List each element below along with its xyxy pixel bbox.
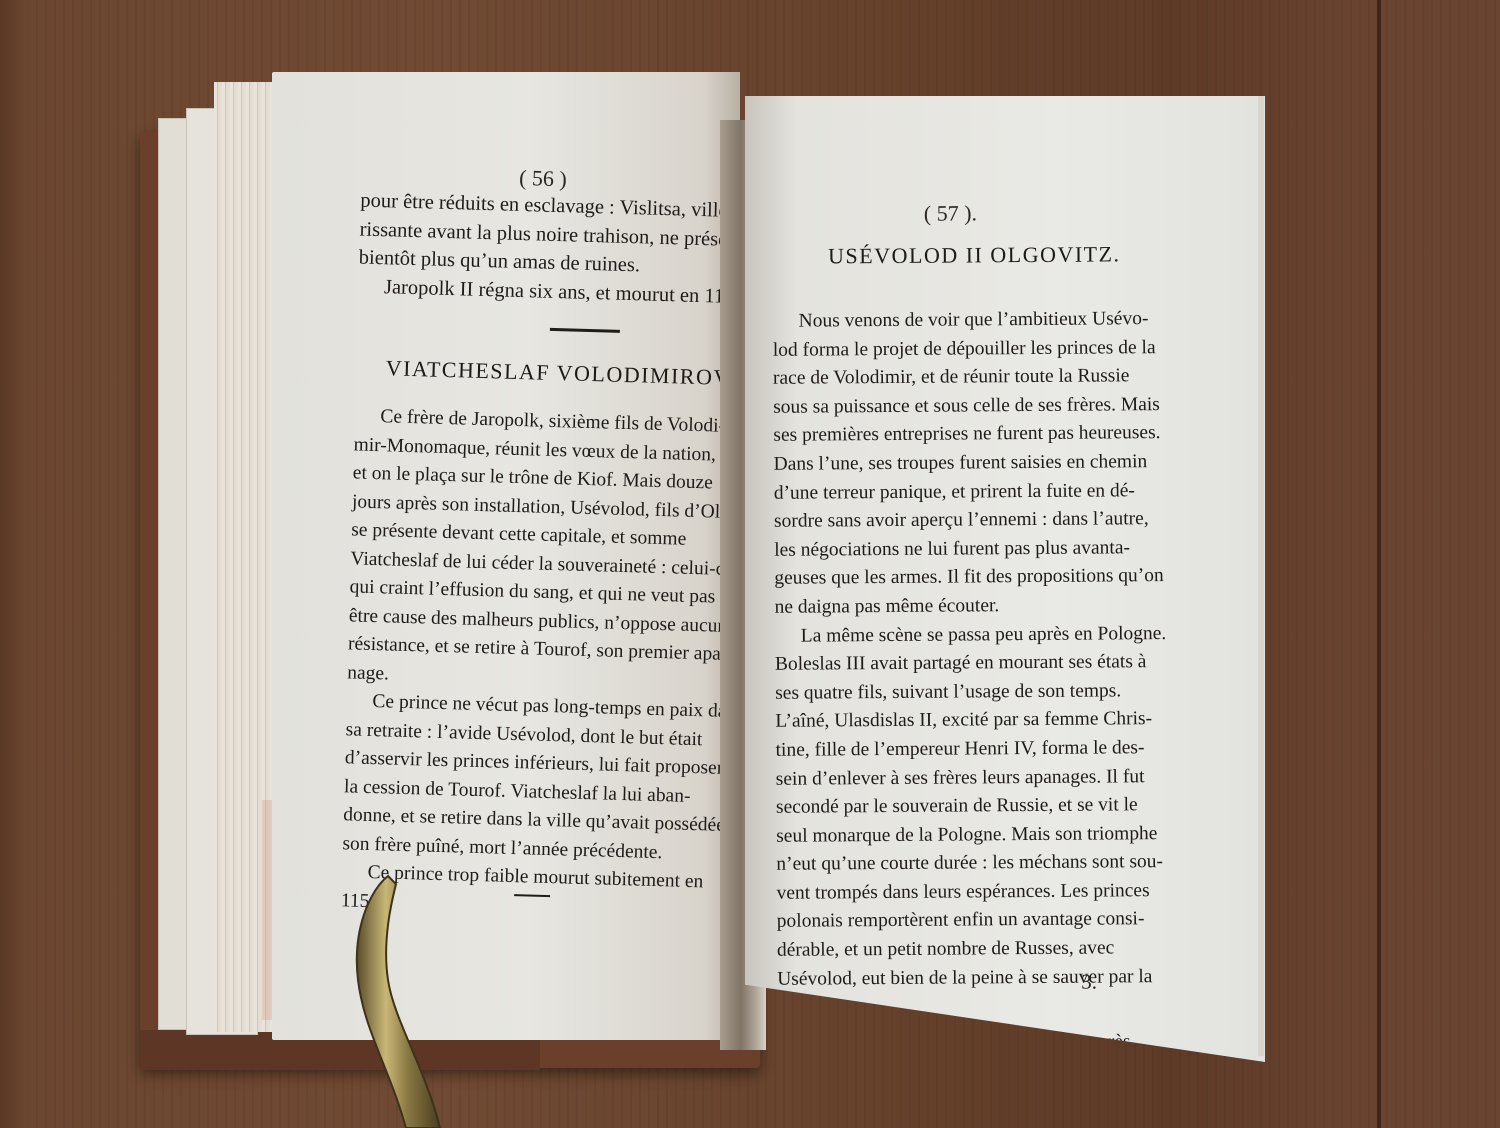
chapter-heading-viatcheslaf: VIATCHESLAF VOLODIMIROVITZ. xyxy=(385,355,776,392)
text-line: d’une terreur panique, et prirent la fui… xyxy=(774,477,1166,508)
page-number-56: ( 56 ) xyxy=(519,165,567,192)
text-line: sein d’enlever à ses frères leurs apanag… xyxy=(776,763,1168,794)
text-line: sordre sans avoir aperçu l’ennemi : dans… xyxy=(774,505,1166,536)
chapter-heading-usevolod: USÉVOLOD II OLGOVITZ. xyxy=(828,241,1121,269)
left-top-text: pour être réduits en esclavage : Vislits… xyxy=(358,187,763,312)
text-line: Usévolod mourut en 1146, deux ans après xyxy=(778,1028,1170,1059)
right-page: ( 57 ). USÉVOLOD II OLGOVITZ. Nous venon… xyxy=(745,96,1265,1062)
right-text: Nous venons de voir que l’ambitieux Usév… xyxy=(772,305,1169,1059)
text-line: fuite. xyxy=(777,991,1169,1022)
text-line: ses premières entreprises ne furent pas … xyxy=(773,419,1165,450)
text-line: lod forma le projet de dépouiller les pr… xyxy=(773,334,1165,365)
text-line: ne daigna pas même écouter. xyxy=(774,591,1166,622)
brass-bookmark-icon xyxy=(330,870,450,1128)
text-line: dérable, et un petit nombre de Russes, a… xyxy=(777,934,1169,965)
left-para-1: Ce frère de Jaropolk, sixième fils de Vo… xyxy=(340,402,752,926)
text-line: seul monarque de la Pologne. Mais son tr… xyxy=(776,820,1168,851)
text-line: La même scène se passa peu après en Polo… xyxy=(775,620,1167,651)
text-line: L’aîné, Ulasdislas II, excité par sa fem… xyxy=(775,705,1167,736)
text-line: race de Volodimir, et de réunir toute la… xyxy=(773,362,1165,393)
table-plank-seam xyxy=(1377,0,1381,1128)
page-number-57: ( 57 ). xyxy=(924,200,977,226)
text-line: geuses que les armes. Il fit des proposi… xyxy=(774,562,1166,593)
text-line: ses quatre fils, suivant l’usage de son … xyxy=(775,677,1167,708)
text-line: Boleslas III avait partagé en mourant se… xyxy=(775,648,1167,679)
text-line: Usévolod, eut bien de la peine à se sauv… xyxy=(777,963,1169,994)
text-line: sous sa puissance et sous celle de ses f… xyxy=(773,391,1165,422)
right-page-edge xyxy=(1258,96,1264,1056)
text-line: Nous venons de voir que l’ambitieux Usév… xyxy=(772,305,1164,336)
text-line: les négociations ne lui furent pas plus … xyxy=(774,534,1166,565)
text-line: Dans l’une, ses troupes furent saisies e… xyxy=(773,448,1165,479)
table-plank-edge xyxy=(0,0,26,1128)
section-divider xyxy=(550,328,620,333)
text-line: secondé par le souverain de Russie, et s… xyxy=(776,791,1168,822)
text-line: vent trompés dans leurs espérances. Les … xyxy=(776,877,1168,908)
text-line: polonais remportèrent enfin un avantage … xyxy=(777,906,1169,937)
signature-mark: 3. xyxy=(1081,970,1097,995)
text-line: tine, fille de l’empereur Henri IV, form… xyxy=(775,734,1167,765)
text-line: n’eut qu’une courte durée : les méchans … xyxy=(776,848,1168,879)
